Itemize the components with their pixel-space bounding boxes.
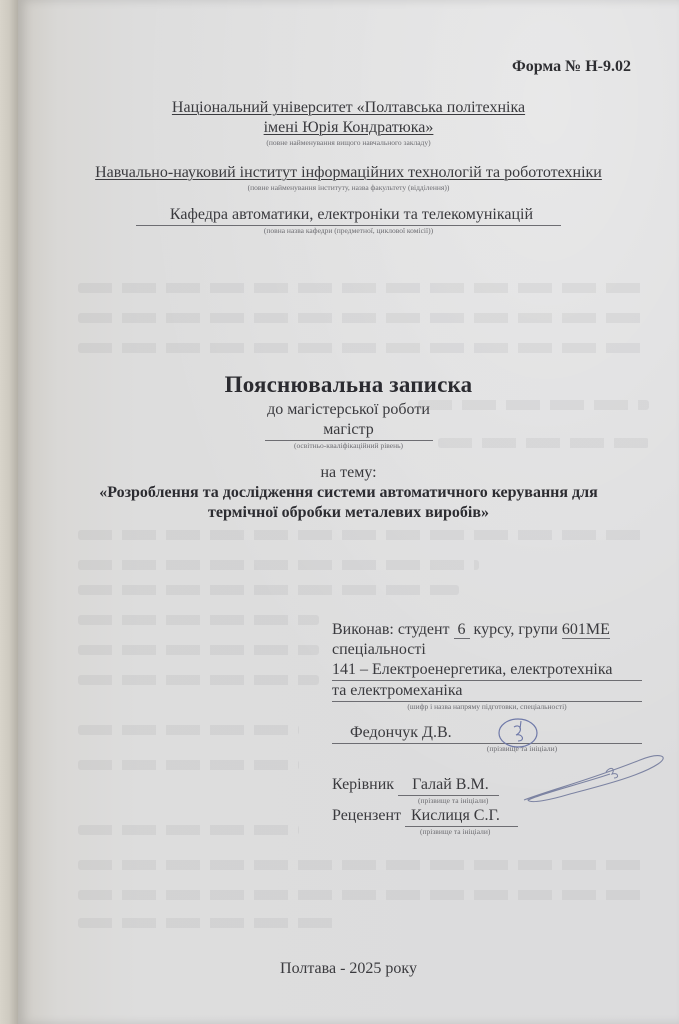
bleed-through-text (78, 585, 459, 595)
reviewer-caption: (прізвище та ініціали) (332, 827, 642, 836)
university-name-line2: імені Юрія Кондратюка» (18, 118, 679, 138)
bleed-through-text (78, 560, 479, 570)
department-name: Кафедра автоматики, електроніки та телек… (136, 205, 561, 226)
group-code: 601МЕ (562, 621, 610, 639)
bleed-through-text (78, 860, 649, 870)
bleed-through-text (78, 918, 339, 928)
bleed-through-text (78, 645, 319, 655)
degree-caption: (освітньо-кваліфікаційний рівень) (18, 441, 679, 450)
topic-label: на тему: (18, 463, 679, 483)
specialty-label: спеціальності (332, 640, 642, 660)
bleed-through-text (78, 675, 319, 685)
bleed-through-text (78, 283, 649, 293)
university-caption: (повне найменування вищого навчального з… (18, 138, 679, 147)
bleed-through-text (78, 760, 299, 770)
topic-block: на тему: «Розроблення та дослідження сис… (18, 463, 679, 523)
bleed-through-text (78, 725, 299, 735)
form-number: Форма № Н-9.02 (512, 58, 631, 76)
bleed-through-text (78, 343, 649, 353)
author-name: Федончук Д.В. (332, 723, 642, 744)
bleed-through-text (78, 825, 299, 835)
author-block: Виконав: студент 6 курсу, групи 601МЕ сп… (332, 620, 642, 753)
bleed-through-text (78, 615, 319, 625)
document-title: Пояснювальна записка (18, 372, 679, 398)
institute-name: Навчально-науковий інститут інформаційни… (18, 163, 679, 183)
department-block: Кафедра автоматики, електроніки та телек… (18, 205, 679, 235)
course-number: 6 (454, 621, 470, 639)
specialty-line1: 141 – Електроенергетика, електротехніка (332, 660, 642, 681)
specialty-caption: (шифр і назва напряму підготовки, спеціа… (332, 702, 642, 711)
department-caption: (повна назва кафедри (предметної, циклов… (18, 226, 679, 235)
institute-caption: (повне найменування інституту, назва фак… (18, 183, 679, 192)
bleed-through-text (78, 890, 649, 900)
bleed-through-text (78, 313, 649, 323)
city-year-footer: Полтава - 2025 року (18, 960, 679, 978)
topic-line2: термічної обробки металевих виробів» (18, 503, 679, 523)
university-block: Національний університет «Полтавська пол… (18, 98, 679, 147)
supervisor-label: Керівник (332, 776, 394, 793)
supervisor-name: Галай В.М. (398, 775, 499, 796)
author-name-caption: (прізвище та ініціали) (332, 744, 642, 753)
signatures-block: Керівник Галай В.М. (прізвище та ініціал… (332, 775, 642, 836)
university-name-line1: Національний університет «Полтавська пол… (18, 98, 679, 118)
performed-label: Виконав: студент (332, 621, 450, 638)
specialty-line2: та електромеханіка (332, 681, 642, 702)
topic-line1: «Розроблення та дослідження системи авто… (18, 483, 679, 503)
supervisor-caption: (прізвище та ініціали) (332, 796, 642, 805)
degree-level: магістр (265, 420, 433, 441)
document-subtitle: до магістерської роботи (18, 400, 679, 420)
title-block: Пояснювальна записка до магістерської ро… (18, 372, 679, 450)
institute-block: Навчально-науковий інститут інформаційни… (18, 163, 679, 192)
course-label: курсу, групи (474, 621, 558, 638)
bleed-through-text (78, 530, 649, 540)
reviewer-name: Кислиця С.Г. (405, 806, 518, 827)
reviewer-label: Рецензент (332, 807, 401, 824)
